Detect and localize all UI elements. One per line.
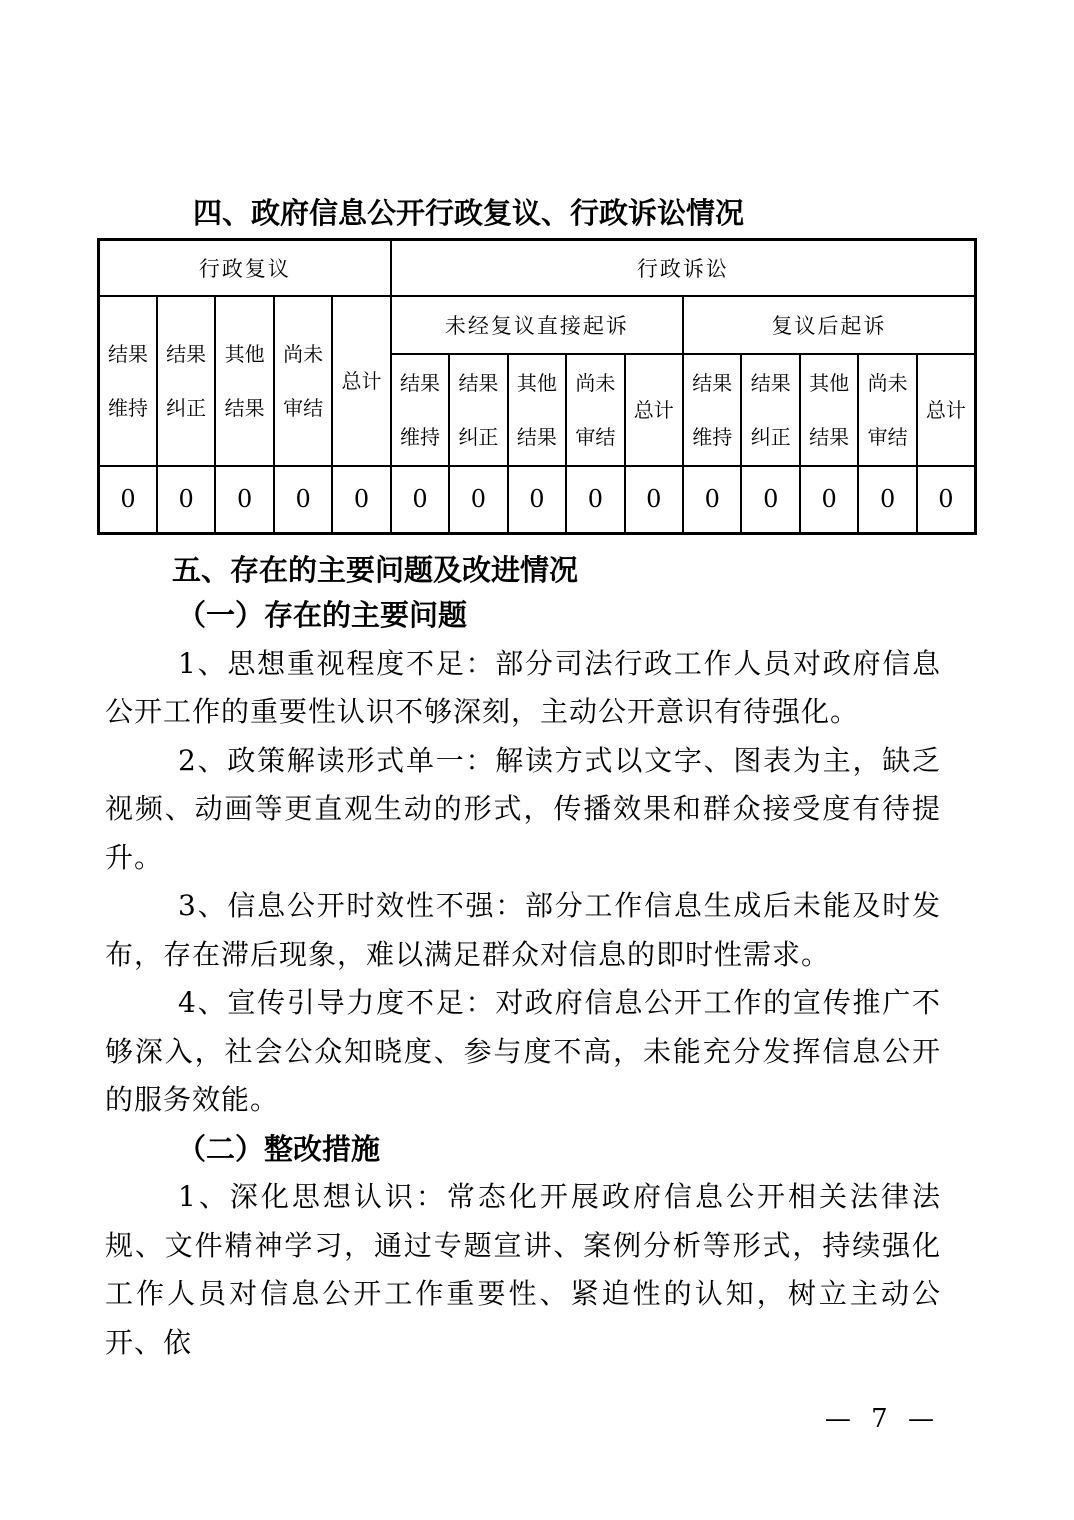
direct-col-result-corrected: 结果 纠正	[449, 354, 507, 466]
review-col-total: 总计	[332, 296, 390, 466]
value-cell: 0	[99, 466, 157, 534]
direct-col-result-upheld: 结果 维持	[391, 354, 449, 466]
afterreview-col-other-result: 其他 结果	[800, 354, 858, 466]
review-col-other-result: 其他 结果	[215, 296, 273, 466]
value-cell: 0	[625, 466, 683, 534]
value-cell: 0	[449, 466, 507, 534]
value-cell: 0	[215, 466, 273, 534]
litigation-group-header: 行政诉讼	[391, 240, 976, 296]
direct-col-total: 总计	[625, 354, 683, 466]
value-cell: 0	[274, 466, 332, 534]
problem-paragraph-4: 4、宣传引导力度不足：对政府信息公开工作的宣传推广不够深入，社会公众知晓度、参与…	[105, 979, 941, 1125]
subsection1-heading: （一）存在的主要问题	[105, 591, 941, 640]
problem-paragraph-3: 3、信息公开时效性不强：部分工作信息生成后未能及时发布，存在滞后现象，难以满足群…	[105, 882, 941, 979]
afterreview-col-pending: 尚未 审结	[858, 354, 916, 466]
table-data-row: 0 0 0 0 0 0 0 0 0 0 0 0 0 0 0	[99, 466, 976, 534]
value-cell: 0	[391, 466, 449, 534]
value-cell: 0	[508, 466, 566, 534]
section4-heading: 四、政府信息公开行政复议、行政诉讼情况	[105, 196, 941, 232]
section5-heading: 五、存在的主要问题及改进情况	[105, 551, 941, 591]
value-cell: 0	[800, 466, 858, 534]
afterreview-col-total: 总计	[917, 354, 976, 466]
table-row: 结果 维持 结果 纠正 其他 结果 尚未 审结	[99, 296, 976, 354]
review-col-pending: 尚未 审结	[274, 296, 332, 466]
review-litigation-table-wrap: 行政复议 行政诉讼 结果 维持 结果 纠正 其他 结果	[97, 238, 977, 535]
value-cell: 0	[858, 466, 916, 534]
problem-paragraph-1: 1、思想重视程度不足：部分司法行政工作人员对政府信息公开工作的重要性认识不够深刻…	[105, 640, 941, 737]
value-cell: 0	[917, 466, 976, 534]
document-page: 四、政府信息公开行政复议、行政诉讼情况 行政复议 行政诉讼 结果 维持 结果	[0, 0, 1074, 1520]
direct-suit-subgroup-header: 未经复议直接起诉	[391, 296, 683, 354]
value-cell: 0	[332, 466, 390, 534]
review-group-header: 行政复议	[99, 240, 391, 296]
value-cell: 0	[157, 466, 215, 534]
after-review-suit-subgroup-header: 复议后起诉	[683, 296, 975, 354]
page-number: — 7 —	[825, 1402, 940, 1436]
direct-col-pending: 尚未 审结	[566, 354, 624, 466]
subsection2-heading: （二）整改措施	[105, 1125, 941, 1174]
value-cell: 0	[741, 466, 799, 534]
problem-paragraph-2: 2、政策解读形式单一：解读方式以文字、图表为主，缺乏视频、动画等更直观生动的形式…	[105, 737, 941, 883]
afterreview-col-result-corrected: 结果 纠正	[741, 354, 799, 466]
table-row: 行政复议 行政诉讼	[99, 240, 976, 296]
value-cell: 0	[683, 466, 741, 534]
review-col-result-upheld: 结果 维持	[99, 296, 157, 466]
direct-col-other-result: 其他 结果	[508, 354, 566, 466]
review-litigation-table: 行政复议 行政诉讼 结果 维持 结果 纠正 其他 结果	[97, 238, 977, 535]
page-content: 四、政府信息公开行政复议、行政诉讼情况 行政复议 行政诉讼 结果 维持 结果	[105, 0, 941, 1367]
value-cell: 0	[566, 466, 624, 534]
afterreview-col-result-upheld: 结果 维持	[683, 354, 741, 466]
measure-paragraph-1: 1、深化思想认识：常态化开展政府信息公开相关法律法规、文件精神学习，通过专题宣讲…	[105, 1173, 941, 1367]
review-col-result-corrected: 结果 纠正	[157, 296, 215, 466]
